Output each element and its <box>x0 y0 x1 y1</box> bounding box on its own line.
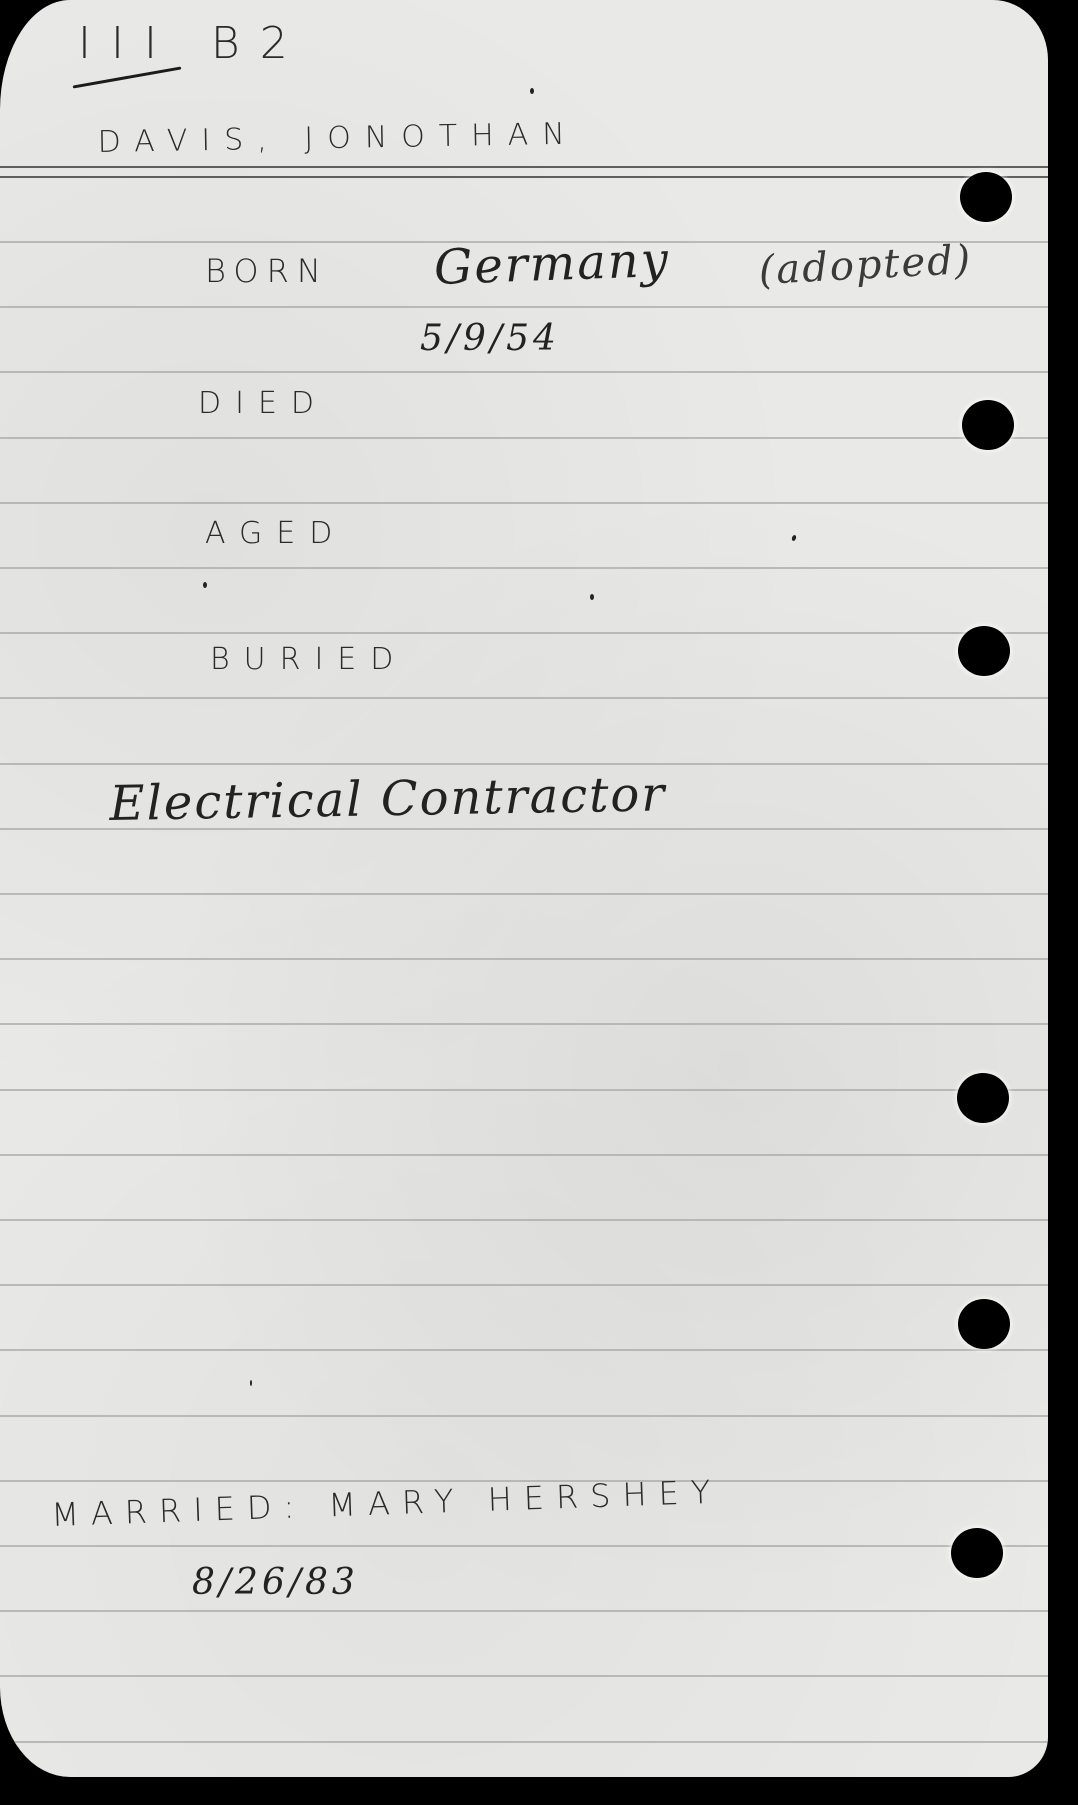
born-date: 5/9/54 <box>420 318 560 359</box>
class-label-underline <box>73 66 182 88</box>
class-label: III B2 <box>78 18 308 69</box>
aged-label: AGED <box>205 516 346 551</box>
ruled-line <box>0 306 1048 308</box>
born-note: (adopted) <box>758 237 974 294</box>
binder-hole <box>958 1299 1010 1349</box>
ruled-line <box>0 1284 1048 1286</box>
married-date: 8/26/83 <box>192 1562 359 1603</box>
born-place: Germany <box>433 232 671 296</box>
binder-hole <box>960 172 1012 222</box>
ruled-line <box>0 1154 1048 1156</box>
ink-speck <box>203 582 207 588</box>
born-label: BORN <box>205 252 329 290</box>
ink-speck <box>791 534 797 541</box>
header-rule-bottom <box>0 176 1048 178</box>
ruled-line <box>0 958 1048 960</box>
ruled-line <box>0 1219 1048 1221</box>
ruled-line <box>0 502 1048 504</box>
person-name: DAVIS, JONOTHAN <box>97 117 579 160</box>
ruled-line <box>0 1089 1048 1091</box>
binder-hole <box>958 626 1010 676</box>
ruled-line <box>0 1675 1048 1677</box>
header-rule-top <box>0 166 1048 168</box>
died-label: DIED <box>198 386 328 421</box>
ruled-line <box>0 1545 1048 1547</box>
ruled-line <box>0 1741 1048 1743</box>
binder-hole <box>951 1528 1003 1578</box>
index-card: III B2 DAVIS, JONOTHAN BORN Germany (ado… <box>0 0 1048 1777</box>
ruled-line <box>0 632 1048 634</box>
buried-label: BURIED <box>210 642 407 677</box>
ruled-line <box>0 697 1048 699</box>
ink-speck <box>250 1380 252 1386</box>
ink-speck <box>530 88 534 94</box>
binder-hole <box>957 1073 1009 1123</box>
ink-speck <box>590 594 594 600</box>
ruled-line <box>0 1349 1048 1351</box>
binder-hole <box>962 400 1014 450</box>
ruled-line <box>0 567 1048 569</box>
ruled-line <box>0 893 1048 895</box>
occupation: Electrical Contractor <box>109 766 667 832</box>
ruled-line <box>0 1610 1048 1612</box>
ruled-line <box>0 371 1048 373</box>
ruled-line <box>0 1415 1048 1417</box>
ruled-line <box>0 437 1048 439</box>
ruled-line <box>0 763 1048 765</box>
ruled-line <box>0 1023 1048 1025</box>
